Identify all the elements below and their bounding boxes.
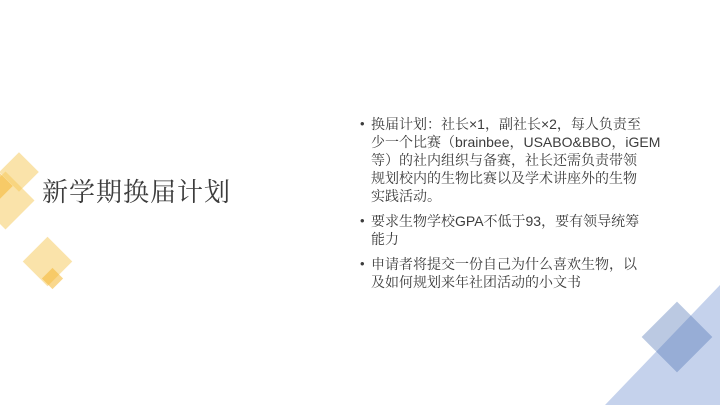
slide-canvas: 新学期换届计划 • 换届计划：社长×1，副社长×2，每人负责至 少一个比赛（br… bbox=[0, 0, 720, 405]
bullet-line: 实践活动。 bbox=[371, 187, 714, 205]
bullet-item: • 要求生物学校GPA不低于93，要有领导统筹 能力 bbox=[360, 212, 714, 248]
bullet-line: 少一个比赛（brainbee，USABO&BBO，iGEM bbox=[371, 133, 714, 151]
bullet-list: • 换届计划：社长×1，副社长×2，每人负责至 少一个比赛（brainbee，U… bbox=[360, 115, 714, 298]
bullet-line: 能力 bbox=[371, 230, 714, 248]
slide-title: 新学期换届计划 bbox=[42, 176, 231, 208]
bullet-line: 及如何规划来年社团活动的小文书 bbox=[371, 273, 714, 291]
bullet-item: • 换届计划：社长×1，副社长×2，每人负责至 少一个比赛（brainbee，U… bbox=[360, 115, 714, 205]
bullet-line: 换届计划：社长×1，副社长×2，每人负责至 bbox=[371, 115, 714, 133]
bullet-marker: • bbox=[360, 255, 365, 273]
bullet-line: 申请者将提交一份自己为什么喜欢生物，以 bbox=[371, 255, 714, 273]
bullet-line: 等）的社内组织与备赛，社长还需负责带领 bbox=[371, 151, 714, 169]
bullet-line: 规划校内的生物比赛以及学术讲座外的生物 bbox=[371, 169, 714, 187]
bullet-item: • 申请者将提交一份自己为什么喜欢生物，以 及如何规划来年社团活动的小文书 bbox=[360, 255, 714, 291]
bullet-marker: • bbox=[360, 115, 365, 133]
bullet-line: 要求生物学校GPA不低于93，要有领导统筹 bbox=[371, 212, 714, 230]
bullet-marker: • bbox=[360, 212, 365, 230]
